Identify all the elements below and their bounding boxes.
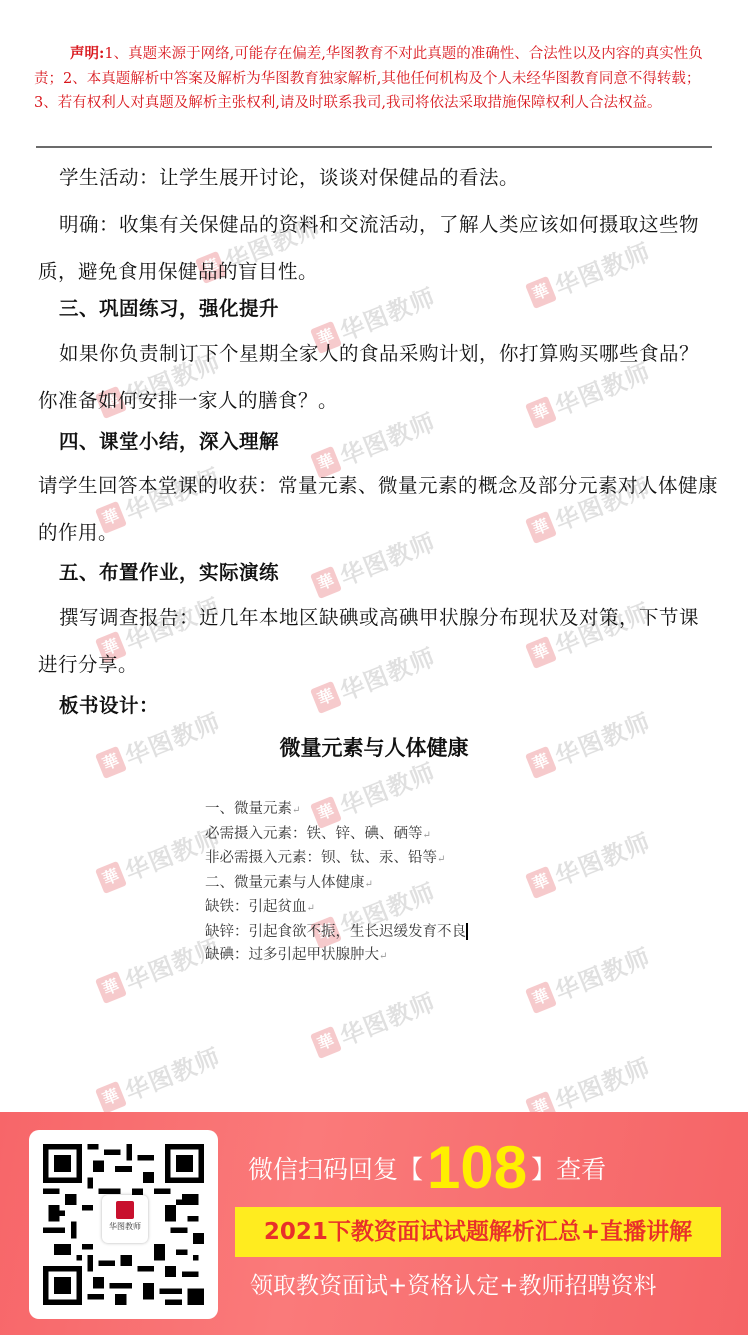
board-line: 非必需摄入元素：钡、钛、汞、铅等↵: [205, 847, 468, 872]
section-heading-4: 四、课堂小结，深入理解: [38, 418, 718, 465]
board-line: 必需摄入元素：铁、锌、碘、硒等↵: [205, 823, 468, 848]
board-title: 微量元素与人体健康: [0, 732, 748, 762]
scan-instruction: 微信扫码回复【 108 】查看: [248, 1138, 606, 1198]
student-activity-paragraph: 学生活动：让学生展开讨论，谈谈对保健品的看法。: [38, 154, 718, 201]
board-line: 缺铁：引起贫血↵: [205, 896, 468, 921]
watermark: 華华图教师: [308, 982, 440, 1062]
disclaimer-label: 声明:: [70, 45, 104, 62]
text-cursor: [466, 923, 468, 940]
board-design-label: 板书设计：: [38, 682, 718, 729]
watermark: 華华图教师: [523, 937, 655, 1017]
divider: [36, 146, 712, 148]
qr-code-card[interactable]: 华图教师: [29, 1130, 218, 1319]
board-line: 缺锌：引起食欲不振，生长迟缓发育不良: [205, 921, 468, 945]
promo-banner[interactable]: 华图教师 微信扫码回复【 108 】查看 2021下教资面试试题解析汇总+直播讲…: [0, 1112, 748, 1335]
section-heading-3: 三、巩固练习，强化提升: [38, 285, 718, 332]
board-content: 一、微量元素↵ 必需摄入元素：铁、锌、碘、硒等↵ 非必需摄入元素：钡、钛、汞、铅…: [205, 798, 468, 969]
disclaimer-text: 1、真题来源于网络,可能存在偏差,华图教育不对此真题的准确性、合法性以及内容的真…: [34, 46, 703, 111]
clarify-paragraph: 明确：收集有关保健品的资料和交流活动，了解人类应该如何摄取这些物质，避免食用保健…: [38, 201, 718, 295]
board-line: 二、微量元素与人体健康↵: [205, 872, 468, 897]
homework-paragraph: 撰写调查报告：近几年本地区缺碘或高碘甲状腺分布现状及对策，下节课进行分享。: [38, 594, 718, 688]
watermark: 華华图教师: [93, 1037, 225, 1117]
resources-text: 领取教资面试+资格认定+教师招聘资料: [250, 1267, 657, 1300]
brand-logo-icon: [116, 1201, 134, 1219]
disclaimer-notice: 声明:1、真题来源于网络,可能存在偏差,华图教育不对此真题的准确性、合法性以及内…: [34, 42, 714, 116]
summary-paragraph: 请学生回答本堂课的收获：常量元素、微量元素的概念及部分元素对人体健康的作用。: [38, 462, 718, 556]
watermark: 華华图教师: [523, 822, 655, 902]
practice-paragraph: 如果你负责制订下个星期全家人的食品采购计划，你打算购买哪些食品？你准备如何安排一…: [38, 330, 718, 424]
board-line: 缺碘：过多引起甲状腺肿大↵: [205, 944, 468, 969]
reply-code: 108: [427, 1138, 527, 1198]
highlight-strip[interactable]: 2021下教资面试试题解析汇总+直播讲解: [235, 1207, 721, 1257]
highlight-text: 2021下教资面试试题解析汇总+直播讲解: [235, 1207, 721, 1257]
qr-brand-logo: 华图教师: [102, 1195, 148, 1243]
section-heading-5: 五、布置作业，实际演练: [38, 549, 718, 596]
board-line: 一、微量元素↵: [205, 798, 468, 823]
